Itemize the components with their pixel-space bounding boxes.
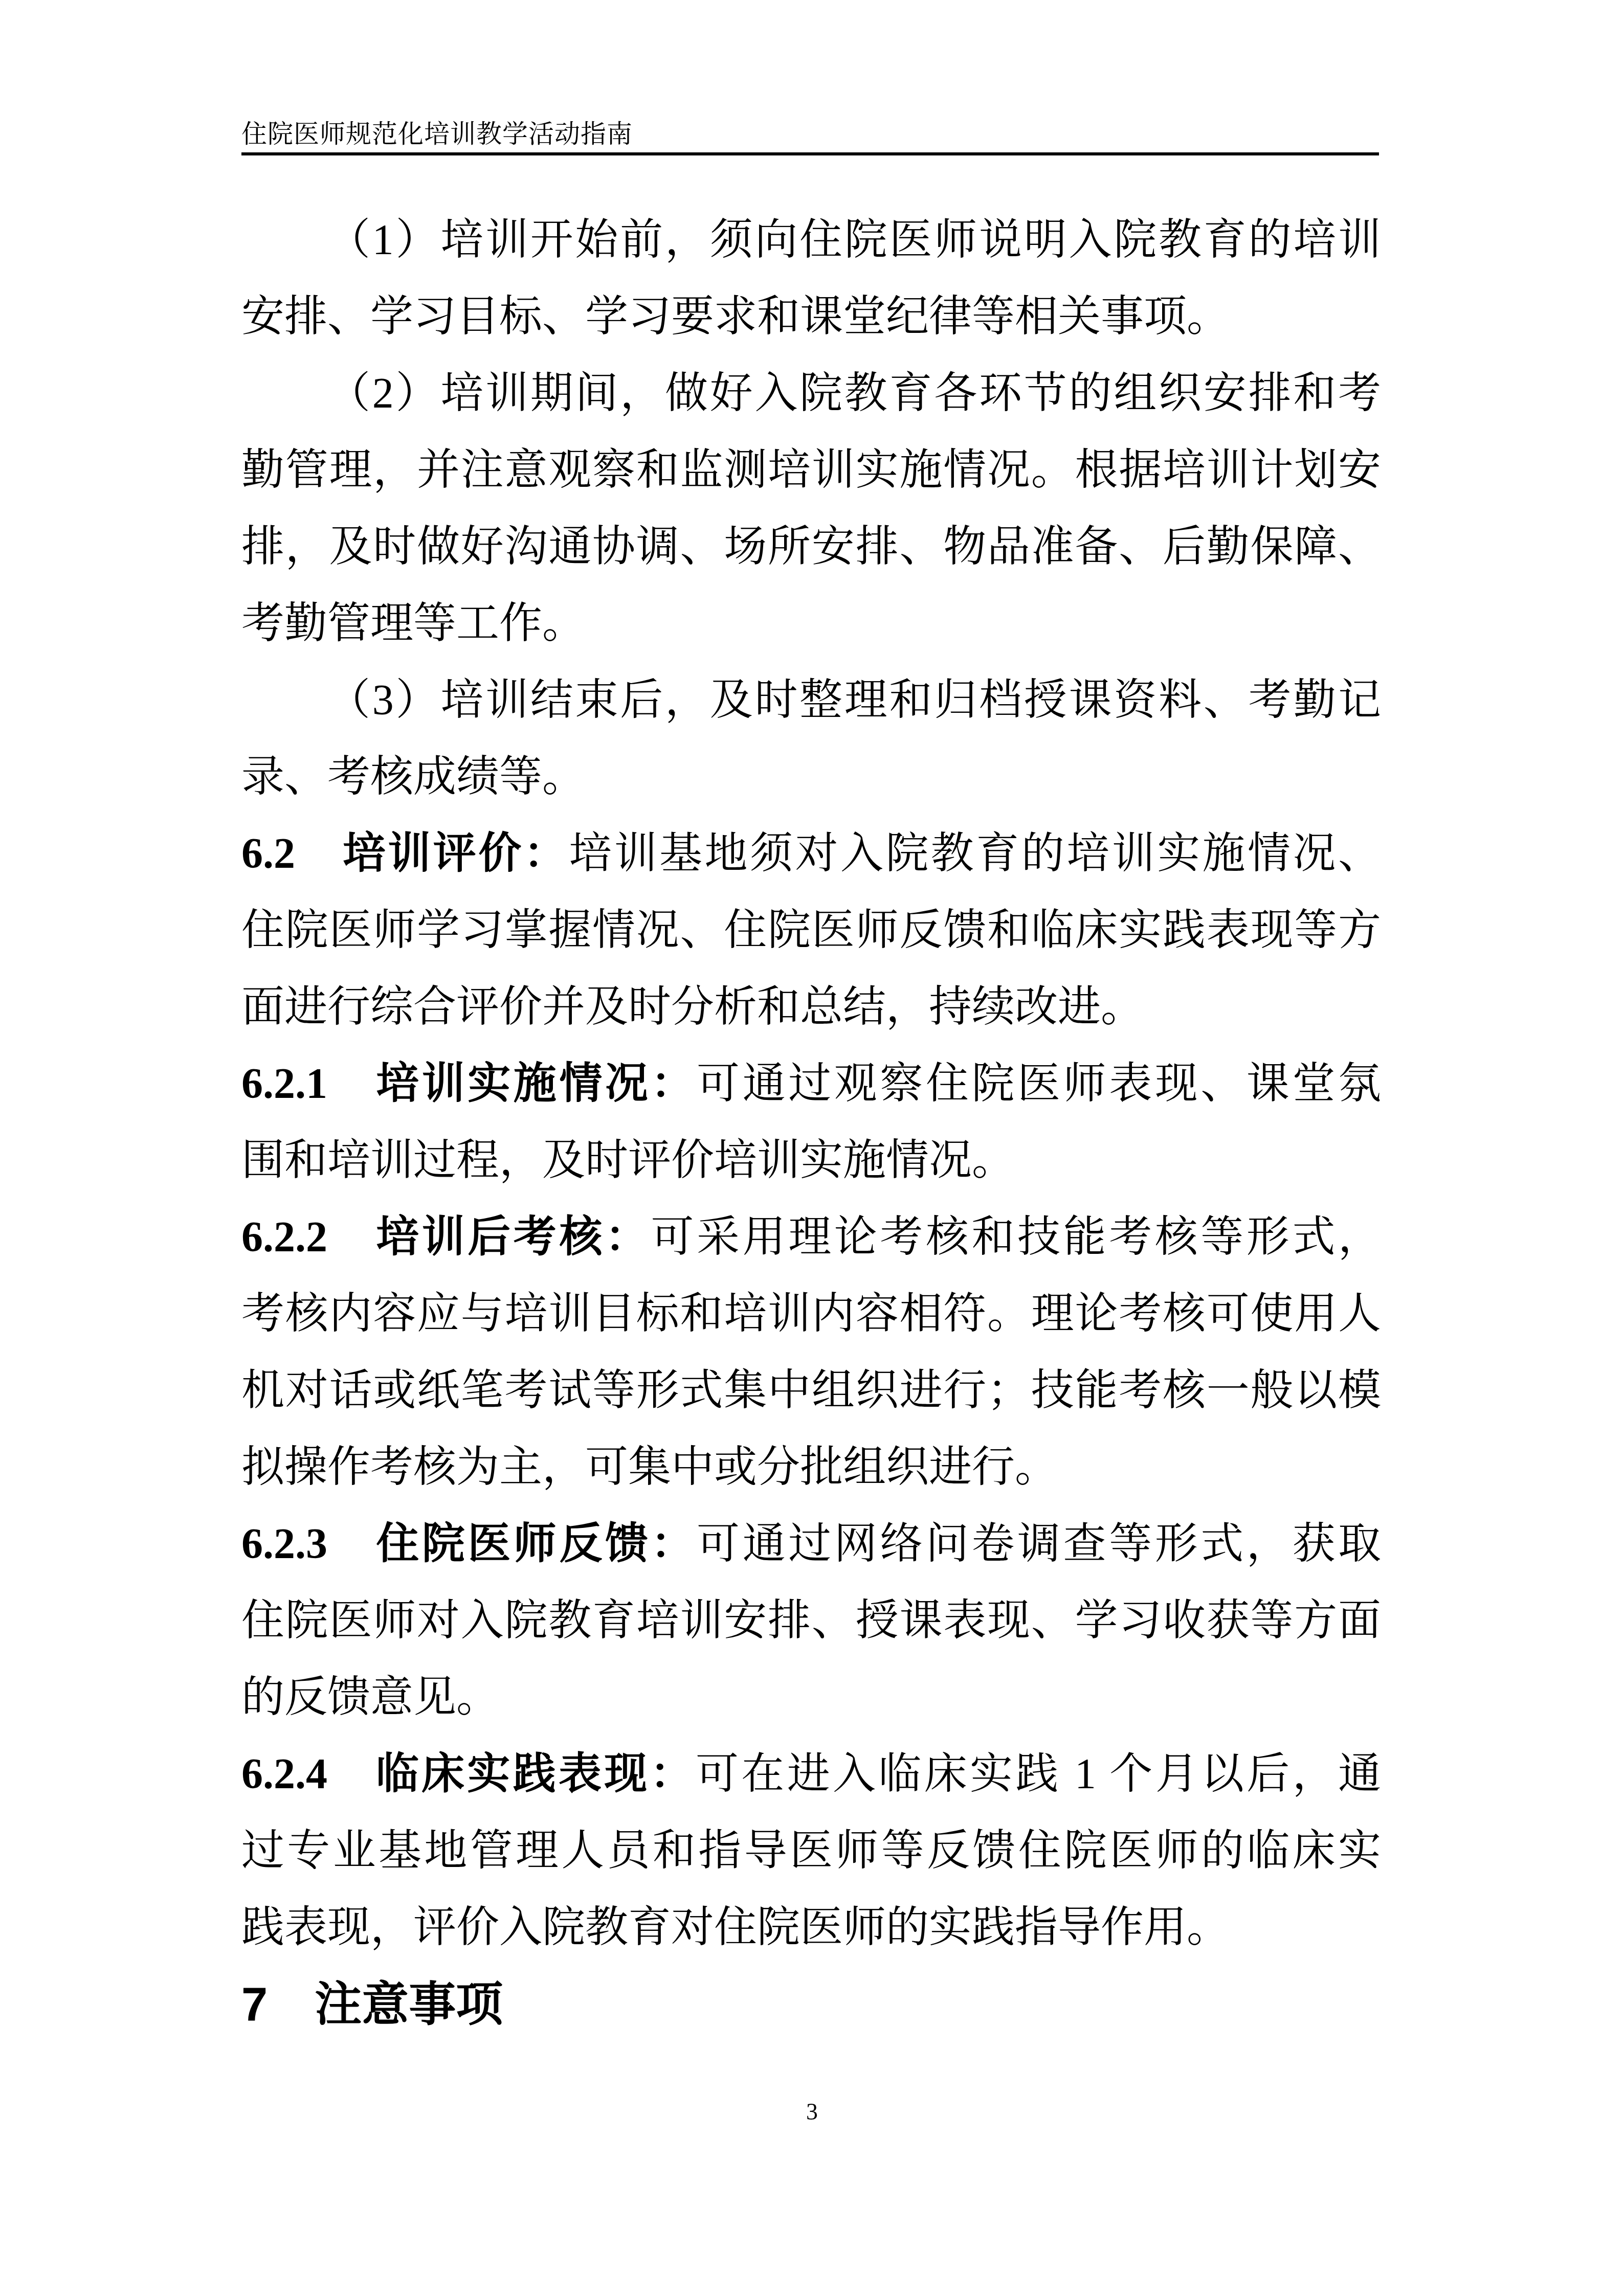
text-line: 住院医师学习掌握情况、住院医师反馈和临床实践表现等方 (241, 892, 1381, 969)
text-line: 拟操作考核为主，可集中或分批组织进行。 (241, 1429, 1381, 1506)
text-line: 6.2.2 培训后考核：可采用理论考核和技能考核等形式， (241, 1199, 1381, 1276)
text-run: 考勤管理等工作。 (241, 600, 585, 647)
text-run: 过专业基地管理人员和指导医师等反馈住院医师的临床实 (241, 1827, 1381, 1875)
bold-text-run: 6.2.2 培训后考核： (241, 1213, 651, 1261)
bold-text-run: 6.2.4 临床实践表现： (241, 1750, 696, 1798)
text-run: （1）培训开始前，须向住院医师说明入院教育的培训 (327, 216, 1381, 264)
text-run: 可通过网络问卷调查等形式，获取 (697, 1520, 1381, 1568)
text-line: 录、考核成绩等。 (241, 739, 1381, 816)
text-run: 安排、学习目标、学习要求和课堂纪律等相关事项。 (241, 293, 1230, 341)
text-line: 住院医师对入院教育培训安排、授课表现、学习收获等方面 (241, 1583, 1381, 1659)
text-run: 可通过观察住院医师表现、课堂氛 (697, 1060, 1381, 1108)
text-run: 录、考核成绩等。 (241, 753, 585, 801)
text-line: 6.2 培训评价：培训基地须对入院教育的培训实施情况、 (241, 816, 1381, 892)
text-run: 考核内容应与培训目标和培训内容相符。理论考核可使用人 (241, 1290, 1381, 1338)
text-run: 面进行综合评价并及时分析和总结，持续改进。 (241, 983, 1144, 1031)
bold-text-run: 6.2.3 住院医师反馈： (241, 1520, 697, 1568)
text-line: 的反馈意见。 (241, 1659, 1381, 1736)
bold-text-run: 6.2 培训评价： (241, 830, 569, 877)
text-line: 排，及时做好沟通协调、场所安排、物品准备、后勤保障、 (241, 509, 1381, 586)
text-line: 考核内容应与培训目标和培训内容相符。理论考核可使用人 (241, 1276, 1381, 1353)
document-page: 住院医师规范化培训教学活动指南 （1）培训开始前，须向住院医师说明入院教育的培训… (0, 0, 1624, 2296)
text-run: 可采用理论考核和技能考核等形式， (651, 1213, 1381, 1261)
text-run: 践表现，评价入院教育对住院医师的实践指导作用。 (241, 1904, 1230, 1951)
text-run: 可在进入临床实践 1 个月以后，通 (696, 1750, 1381, 1798)
text-run: 住院医师对入院教育培训安排、授课表现、学习收获等方面 (241, 1597, 1381, 1645)
text-run: 的反馈意见。 (241, 1674, 499, 1721)
text-line: 勤管理，并注意观察和监测培训实施情况。根据培训计划安 (241, 432, 1381, 509)
text-line: （1）培训开始前，须向住院医师说明入院教育的培训 (241, 202, 1381, 279)
bold-text-run: 7 注意事项 (241, 1978, 503, 2031)
page-number: 3 (0, 2097, 1624, 2127)
text-run: （3）培训结束后，及时整理和归档授课资料、考勤记 (327, 677, 1381, 724)
text-line: 机对话或纸笔考试等形式集中组织进行；技能考核一般以模 (241, 1353, 1381, 1429)
text-line: 践表现，评价入院教育对住院医师的实践指导作用。 (241, 1889, 1381, 1966)
bold-text-run: 6.2.1 培训实施情况： (241, 1060, 697, 1108)
section-heading: 7 注意事项 (241, 1966, 1381, 2043)
text-run: 培训基地须对入院教育的培训实施情况、 (569, 830, 1381, 877)
text-run: 围和培训过程，及时评价培训实施情况。 (241, 1137, 1015, 1184)
text-line: （3）培训结束后，及时整理和归档授课资料、考勤记 (241, 662, 1381, 739)
text-line: （2）培训期间，做好入院教育各环节的组织安排和考 (241, 355, 1381, 432)
text-run: 拟操作考核为主，可集中或分批组织进行。 (241, 1444, 1058, 1491)
text-line: 6.2.3 住院医师反馈：可通过网络问卷调查等形式，获取 (241, 1506, 1381, 1583)
text-line: 6.2.4 临床实践表现：可在进入临床实践 1 个月以后，通 (241, 1736, 1381, 1813)
text-line: 过专业基地管理人员和指导医师等反馈住院医师的临床实 (241, 1813, 1381, 1889)
text-line: 围和培训过程，及时评价培训实施情况。 (241, 1122, 1381, 1199)
text-run: 机对话或纸笔考试等形式集中组织进行；技能考核一般以模 (241, 1367, 1381, 1414)
text-run: 住院医师学习掌握情况、住院医师反馈和临床实践表现等方 (241, 907, 1381, 954)
text-run: （2）培训期间，做好入院教育各环节的组织安排和考 (327, 370, 1381, 417)
text-run: 排，及时做好沟通协调、场所安排、物品准备、后勤保障、 (241, 523, 1381, 571)
text-run: 勤管理，并注意观察和监测培训实施情况。根据培训计划安 (241, 446, 1381, 494)
page-header: 住院医师规范化培训教学活动指南 (241, 120, 1379, 155)
text-line: 面进行综合评价并及时分析和总结，持续改进。 (241, 969, 1381, 1046)
document-body: （1）培训开始前，须向住院医师说明入院教育的培训安排、学习目标、学习要求和课堂纪… (241, 202, 1381, 2043)
text-line: 考勤管理等工作。 (241, 586, 1381, 662)
text-line: 安排、学习目标、学习要求和课堂纪律等相关事项。 (241, 279, 1381, 355)
text-line: 6.2.1 培训实施情况：可通过观察住院医师表现、课堂氛 (241, 1046, 1381, 1122)
